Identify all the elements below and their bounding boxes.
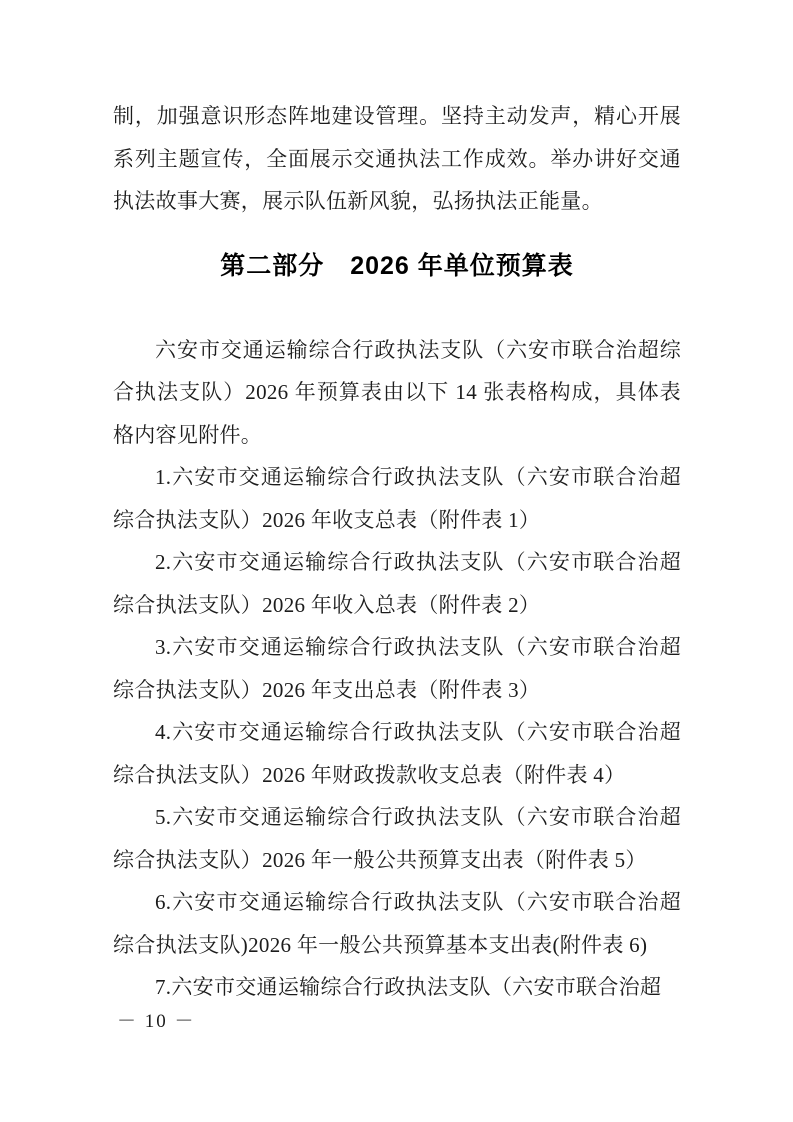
table-list-item-4: 4.六安市交通运输综合行政执法支队（六安市联合治超综合执法支队）2026 年财政… (113, 711, 681, 796)
section-heading: 第二部分 2026 年单位预算表 (113, 249, 681, 283)
table-list-item-5: 5.六安市交通运输综合行政执法支队（六安市联合治超综合执法支队）2026 年一般… (113, 796, 681, 881)
paragraph-continuation: 制，加强意识形态阵地建设管理。坚持主动发声，精心开展系列主题宣传，全面展示交通执… (113, 95, 681, 223)
document-page: 制，加强意识形态阵地建设管理。坚持主动发声，精心开展系列主题宣传，全面展示交通执… (0, 0, 793, 1122)
table-list-item-2: 2.六安市交通运输综合行政执法支队（六安市联合治超综合执法支队）2026 年收入… (113, 541, 681, 626)
table-list-item-3: 3.六安市交通运输综合行政执法支队（六安市联合治超综合执法支队）2026 年支出… (113, 626, 681, 711)
table-list-item-7-partial: 7.六安市交通运输综合行政执法支队（六安市联合治超 (113, 966, 681, 1009)
table-list-item-6: 6.六安市交通运输综合行政执法支队（六安市联合治超综合执法支队)2026 年一般… (113, 881, 681, 966)
page-content: 制，加强意识形态阵地建设管理。坚持主动发声，精心开展系列主题宣传，全面展示交通执… (113, 95, 681, 1009)
paragraph-overview: 六安市交通运输综合行政执法支队（六安市联合治超综合执法支队）2026 年预算表由… (113, 329, 681, 457)
page-number: － 10 － (117, 1010, 196, 1034)
table-list-item-1: 1.六安市交通运输综合行政执法支队（六安市联合治超综合执法支队）2026 年收支… (113, 456, 681, 541)
